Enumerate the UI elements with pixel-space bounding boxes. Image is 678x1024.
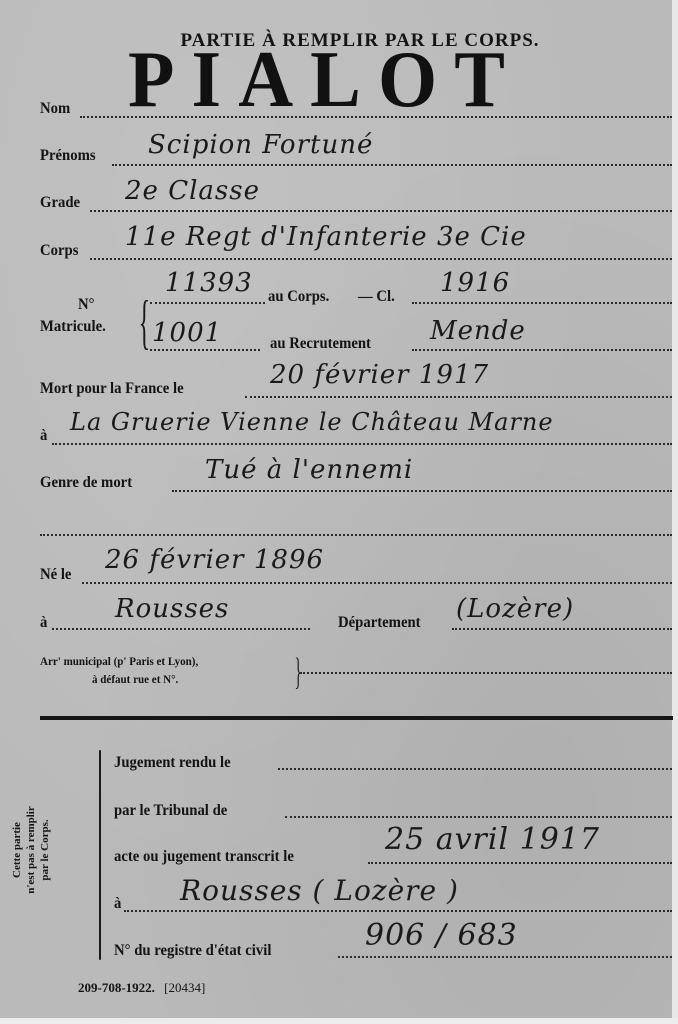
ne-le-label: Né le xyxy=(40,566,71,584)
mort-value: 20 février 1917 xyxy=(270,360,489,390)
registre-label: N° du registre d'état civil xyxy=(114,942,271,960)
corps-line xyxy=(90,258,672,260)
lieu-mort-label: à xyxy=(40,427,47,445)
genre-mort-value: Tué à l'ennemi xyxy=(205,455,413,485)
recrutement-label: au Recrutement xyxy=(270,335,371,353)
side-note-line-3: par le Corps. xyxy=(38,800,52,900)
blank-line xyxy=(40,534,672,536)
footer-print-ref: 209-708-1922. [20434] xyxy=(78,980,205,996)
mort-line xyxy=(245,396,672,398)
page-edge-right xyxy=(672,0,678,1024)
jugement-rendu-label: Jugement rendu le xyxy=(114,754,231,772)
registre-value: 906 / 683 xyxy=(365,918,518,953)
grade-line xyxy=(90,210,672,212)
recrutement-no-line xyxy=(150,349,260,351)
corps-value: 11e Regt d'Infanterie 3e Cie xyxy=(125,222,527,252)
side-note-line-1: Cette partie xyxy=(10,800,24,900)
matricule-brace: { xyxy=(139,282,151,362)
grade-value: 2e Classe xyxy=(125,176,260,206)
recrutement-no-value: 1001 xyxy=(152,318,222,348)
jugement-rendu-line xyxy=(278,768,672,770)
departement-value: (Lozère) xyxy=(456,594,574,624)
prenoms-value: Scipion Fortuné xyxy=(148,130,373,160)
recrutement-place-value: Mende xyxy=(430,316,526,346)
departement-label: Département xyxy=(338,614,421,632)
nom-value: PIALOT xyxy=(128,35,522,126)
genre-mort-line xyxy=(172,490,672,492)
matricule-corps-line xyxy=(150,302,265,304)
matricule-corps-value: 11393 xyxy=(165,268,253,298)
classe-value: 1916 xyxy=(440,268,510,298)
lieu-mort-line xyxy=(52,443,672,445)
jugement-lieu-value: Rousses ( Lozère ) xyxy=(180,874,459,907)
print-ref: 209-708-1922. xyxy=(78,980,155,995)
corps-label: Corps xyxy=(40,242,78,260)
prenoms-label: Prénoms xyxy=(40,147,96,165)
lieu-naissance-label: à xyxy=(40,614,47,632)
tribunal-label: par le Tribunal de xyxy=(114,802,227,820)
jugement-lieu-label: à xyxy=(114,895,121,913)
lieu-naissance-line xyxy=(52,628,310,630)
section-divider xyxy=(40,716,673,720)
arrondissement-label-2: à défaut rue et N°. xyxy=(92,672,178,687)
arrondissement-line xyxy=(300,672,672,674)
departement-line xyxy=(452,628,672,630)
grade-label: Grade xyxy=(40,194,80,212)
transcrit-label: acte ou jugement transcrit le xyxy=(114,848,294,866)
lieu-mort-value: La Gruerie Vienne le Château Marne xyxy=(70,408,554,436)
lieu-naissance-value: Rousses xyxy=(115,594,229,624)
registre-line xyxy=(338,956,672,958)
nom-label: Nom xyxy=(40,100,70,118)
arrondissement-label-1: Arr' municipal (p' Paris et Lyon), xyxy=(40,654,198,669)
print-code: [20434] xyxy=(164,980,205,995)
prenoms-line xyxy=(112,164,672,166)
recrutement-line xyxy=(412,349,672,351)
transcrit-value: 25 avril 1917 xyxy=(385,822,600,857)
side-note-line-2: n'est pas à remplir xyxy=(24,800,38,900)
page-edge-bottom xyxy=(0,1018,678,1024)
jugement-lieu-line xyxy=(124,910,672,912)
tribunal-line xyxy=(285,816,672,818)
ne-le-line xyxy=(82,582,672,584)
matricule-corps-label: au Corps. xyxy=(268,288,329,306)
classe-label: — Cl. xyxy=(358,288,395,306)
mort-label: Mort pour la France le xyxy=(40,380,184,398)
genre-mort-label: Genre de mort xyxy=(40,474,132,492)
matricule-no-label: N° xyxy=(78,296,95,314)
transcrit-line xyxy=(368,862,672,864)
matricule-label: Matricule. xyxy=(40,318,106,336)
classe-line xyxy=(412,302,672,304)
side-bracket xyxy=(99,750,101,960)
ne-le-value: 26 février 1896 xyxy=(105,545,324,575)
